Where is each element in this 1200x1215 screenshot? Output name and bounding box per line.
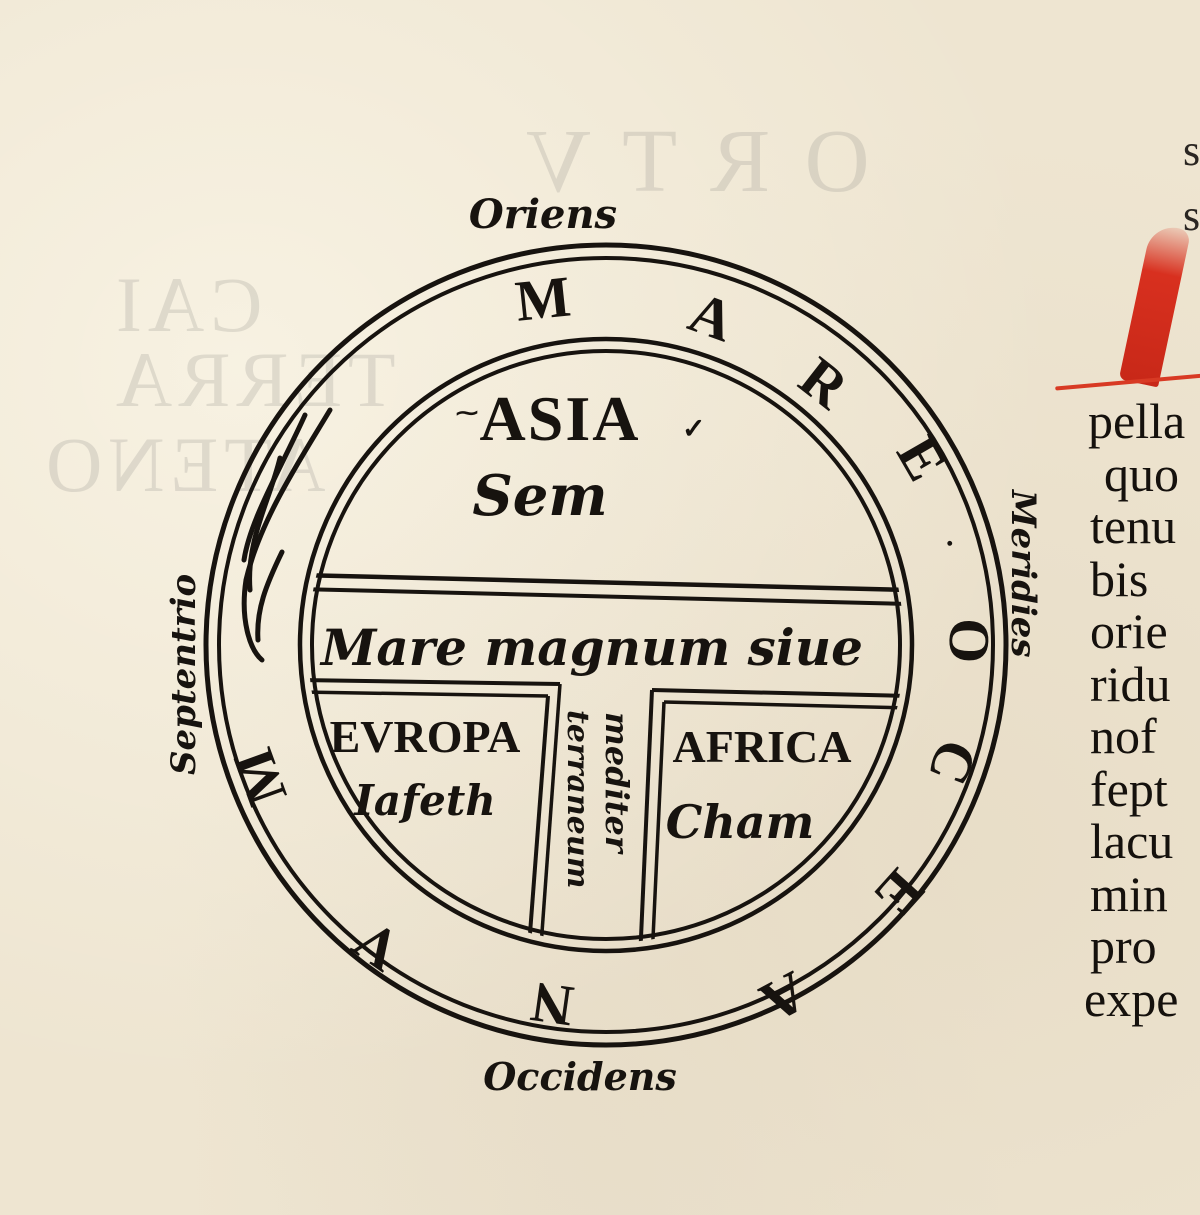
- ring-letter: E: [862, 857, 936, 929]
- text-line: nof: [1088, 710, 1200, 763]
- label-iafeth: Iafeth: [353, 776, 496, 825]
- label-mediter: mediter: [598, 712, 636, 855]
- text-line: expe: [1084, 973, 1200, 1026]
- ring-letter: A: [681, 279, 743, 354]
- ornament-mark: ⁓: [456, 400, 478, 425]
- text-line: quo: [1088, 448, 1200, 501]
- ring-letter: N: [527, 969, 578, 1039]
- text-line: fept: [1088, 763, 1200, 816]
- ornament-mark: ✓: [682, 414, 705, 445]
- label-cham: Cham: [666, 795, 815, 849]
- text-line: tenu: [1088, 500, 1200, 553]
- text-line: min: [1088, 868, 1200, 921]
- label-septentrio: Septentrio: [164, 574, 204, 775]
- label-meridies: Meridies: [1003, 489, 1043, 658]
- text-line: pella: [1088, 395, 1200, 448]
- ring-letter: R: [787, 344, 861, 422]
- ring-letter: M: [512, 263, 573, 333]
- label-europa: EVROPA: [330, 711, 521, 762]
- label-sem: Sem: [472, 463, 607, 529]
- label-africa: AFRICA: [673, 721, 852, 772]
- text-line: bis: [1088, 553, 1200, 606]
- text-line: lacu: [1088, 815, 1200, 868]
- t-o-map: Oriens Occidens Septentrio Meridies M A …: [0, 0, 1200, 1215]
- ring-letter: ·: [932, 536, 966, 552]
- label-asia: ASIA: [480, 383, 641, 454]
- label-oriens: Oriens: [469, 191, 617, 238]
- book-page: CAI TERRA O R T V ATENO s s: [0, 0, 1200, 1215]
- ring-letter: A: [750, 959, 818, 1036]
- body-text-column: pella quo tenu bis orie ridu nof fept la…: [1088, 395, 1200, 1025]
- label-occidens: Occidens: [483, 1054, 677, 1099]
- label-terraneum: terraneum: [560, 710, 595, 888]
- label-mare-magnum: Mare magnum siue: [319, 618, 863, 677]
- ring-letter: O: [936, 617, 1003, 664]
- text-line: orie: [1088, 605, 1200, 658]
- text-line: ridu: [1088, 658, 1200, 711]
- text-line: pro: [1088, 920, 1200, 973]
